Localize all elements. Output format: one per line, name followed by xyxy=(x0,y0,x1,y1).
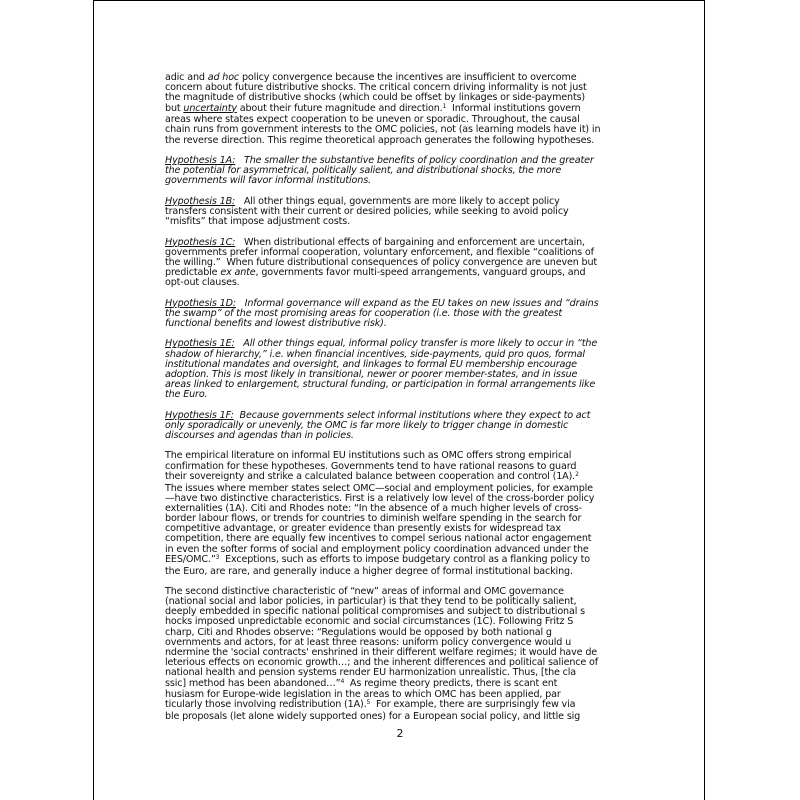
text-line: areas linked to enlargement, structural … xyxy=(165,380,645,390)
hypothesis-1e: Hypothesis 1E: All other things equal, i… xyxy=(165,339,645,400)
empirical-literature-paragraph: The empirical literature on informal EU … xyxy=(165,451,645,576)
hypothesis-label: Hypothesis 1C: xyxy=(165,237,235,248)
text-line: discourses and agendas than in policies. xyxy=(165,431,645,441)
text-line: opt-out clauses. xyxy=(165,278,645,288)
text-line: EES/OMC.”3 Exceptions, such as efforts t… xyxy=(165,555,645,565)
hypothesis-label: Hypothesis 1D: xyxy=(165,298,236,309)
hypothesis-label: Hypothesis 1E: xyxy=(165,338,235,349)
second-characteristic-paragraph: The second distinctive characteristic of… xyxy=(165,587,645,722)
text-line: ticularly those involving redistribution… xyxy=(165,700,645,710)
intro-paragraph: adic and ad hoc policy convergence becau… xyxy=(165,73,645,146)
text-line: functional benefits and lowest distribut… xyxy=(165,319,645,329)
text-line: ble proposals (let alone widely supporte… xyxy=(165,712,645,722)
text-line: “misfits” that impose adjustment costs. xyxy=(165,217,645,227)
hypothesis-1f: Hypothesis 1F: Because governments selec… xyxy=(165,411,645,442)
text-line: but uncertainty about their future magni… xyxy=(165,104,645,114)
hypothesis-1a: Hypothesis 1A: The smaller the substanti… xyxy=(165,156,645,187)
hypothesis-1c: Hypothesis 1C: When distributional effec… xyxy=(165,238,645,289)
document-body: adic and ad hoc policy convergence becau… xyxy=(165,73,645,722)
text-line: ssic] method has been abandoned…”4 As re… xyxy=(165,679,645,689)
hypothesis-1b: Hypothesis 1B: All other things equal, g… xyxy=(165,197,645,228)
footnote-ref-2[interactable]: 2 xyxy=(575,471,579,478)
text-line: the Euro. xyxy=(165,390,645,400)
text-line: the reverse direction. This regime theor… xyxy=(165,136,645,146)
emphasis-uncertainty: uncertainty xyxy=(183,103,236,114)
text-line: governments will favor informal institut… xyxy=(165,176,645,186)
text-line: their sovereignty and strike a calculate… xyxy=(165,472,645,482)
text-line: the Euro, are rare, and generally induce… xyxy=(165,567,645,577)
page-number: 2 xyxy=(0,727,800,740)
hypothesis-1d: Hypothesis 1D: Informal governance will … xyxy=(165,299,645,330)
